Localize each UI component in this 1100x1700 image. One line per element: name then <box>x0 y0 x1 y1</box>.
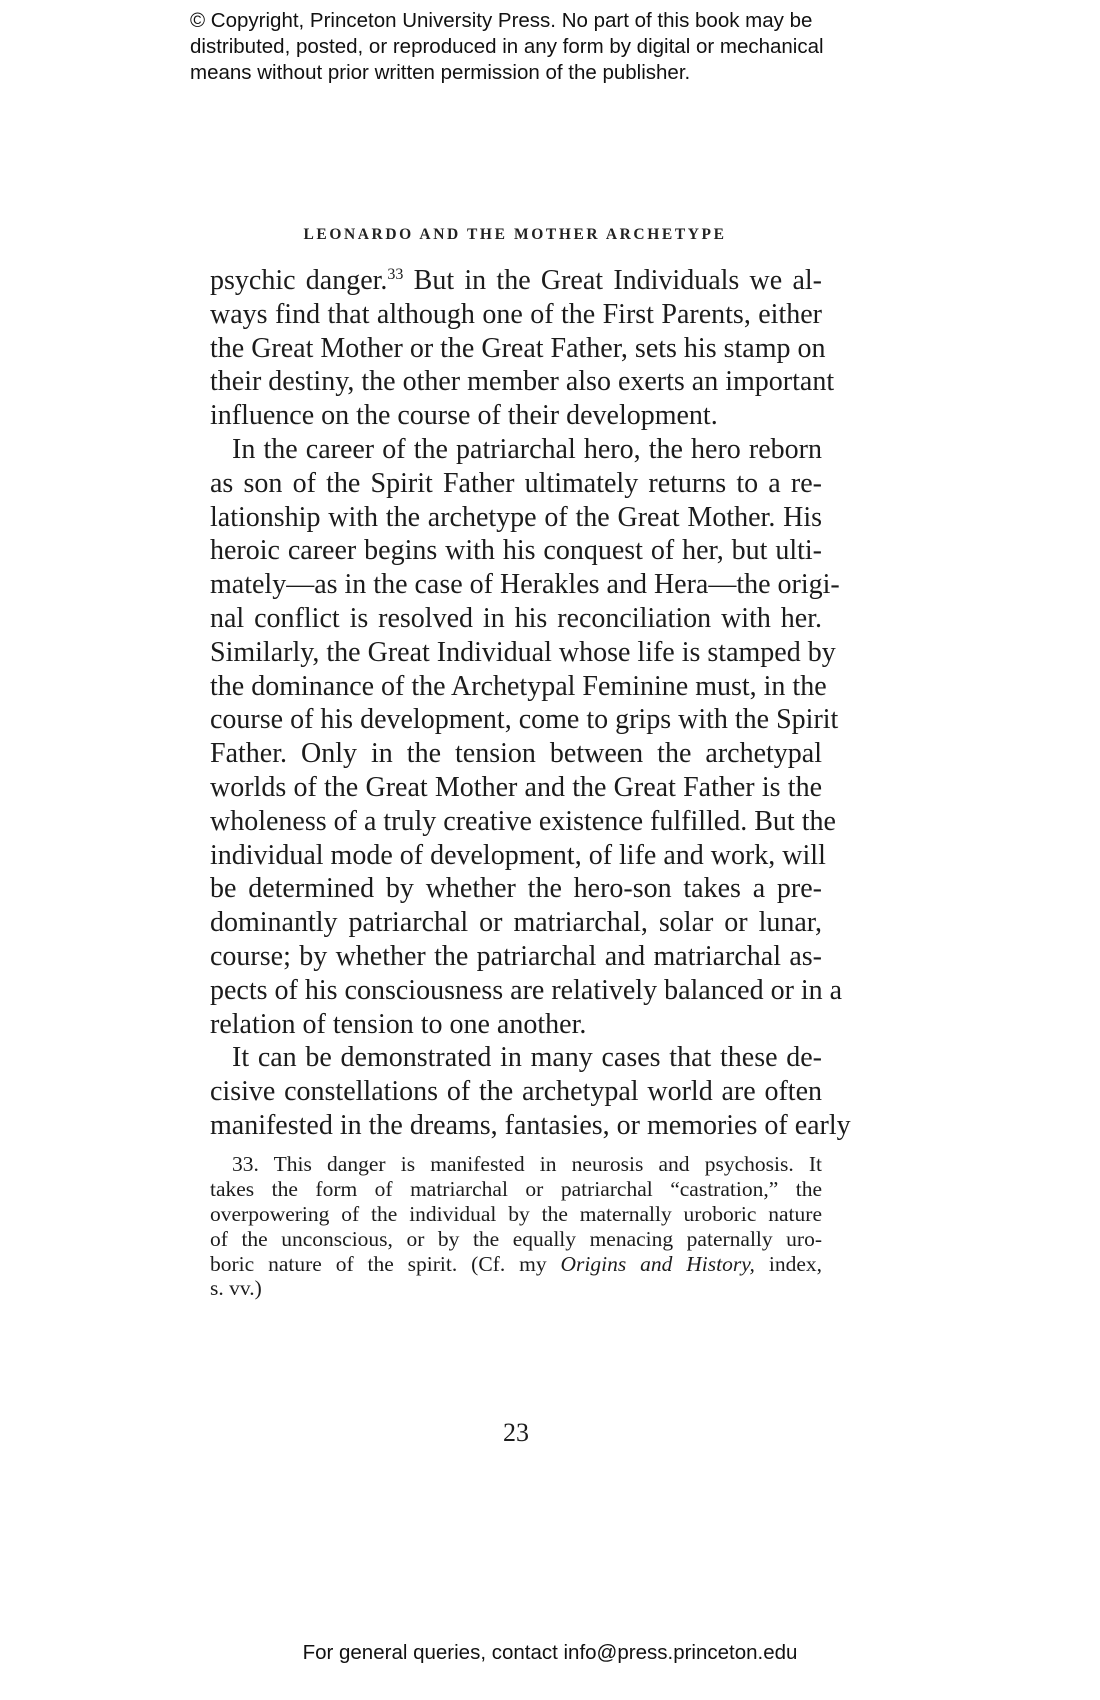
text-line: the Great Mother or the Great Father, se… <box>210 332 822 366</box>
text-fragment: This danger is manifested in neurosis an… <box>259 1152 822 1176</box>
text-line: It can be demonstrated in many cases tha… <box>210 1041 822 1075</box>
text-line: dominantly patriarchal or matriarchal, s… <box>210 906 822 940</box>
text-line: In the career of the patriarchal hero, t… <box>210 433 822 467</box>
text-fragment: psychic danger. <box>210 265 387 296</box>
text-fragment: boric nature of the spirit. (Cf. my <box>210 1252 560 1276</box>
footnote-line: of the unconscious, or by the equally me… <box>210 1227 822 1252</box>
text-line: Father. Only in the tension between the … <box>210 737 822 771</box>
text-line: worlds of the Great Mother and the Great… <box>210 771 822 805</box>
text-line: their destiny, the other member also exe… <box>210 365 822 399</box>
text-line: relation of tension to one another. <box>210 1008 822 1042</box>
text-line: psychic danger.33 But in the Great Indiv… <box>210 264 822 298</box>
text-line: nal conflict is resolved in his reconcil… <box>210 602 822 636</box>
footnote-line: boric nature of the spirit. (Cf. my Orig… <box>210 1252 822 1277</box>
running-head: LEONARDO AND THE MOTHER ARCHETYPE <box>210 226 820 244</box>
text-line: be determined by whether the hero-son ta… <box>210 872 822 906</box>
copyright-line: © Copyright, Princeton University Press.… <box>190 8 890 34</box>
footnote-reference[interactable]: 33 <box>387 266 403 283</box>
text-line: influence on the course of their develop… <box>210 399 822 433</box>
footnote-line: 33. This danger is manifested in neurosi… <box>210 1152 822 1177</box>
footnote-line: overpowering of the individual by the ma… <box>210 1202 822 1227</box>
page-number: 23 <box>210 1418 822 1448</box>
copyright-line: means without prior written permission o… <box>190 60 890 86</box>
text-line: cisive constellations of the archetypal … <box>210 1075 822 1109</box>
text-line: manifested in the dreams, fantasies, or … <box>210 1109 822 1143</box>
contact-notice: For general queries, contact info@press.… <box>0 1641 1100 1665</box>
text-line: pects of his consciousness are relativel… <box>210 974 822 1008</box>
text-line: ways find that although one of the First… <box>210 298 822 332</box>
text-line: course; by whether the patriarchal and m… <box>210 940 822 974</box>
text-line: mately—as in the case of Herakles and He… <box>210 568 822 602</box>
text-line: wholeness of a truly creative existence … <box>210 805 822 839</box>
footnote: 33. This danger is manifested in neurosi… <box>210 1152 822 1301</box>
text-fragment: But in the Great Individuals we al- <box>403 265 822 296</box>
footnote-line: takes the form of matriarchal or patriar… <box>210 1177 822 1202</box>
text-fragment: index, <box>755 1252 822 1276</box>
text-line: the dominance of the Archetypal Feminine… <box>210 670 822 704</box>
text-line: Similarly, the Great Individual whose li… <box>210 636 822 670</box>
footnote-number: 33. <box>232 1152 259 1176</box>
text-line: heroic career begins with his conquest o… <box>210 534 822 568</box>
body-text: psychic danger.33 But in the Great Indiv… <box>210 264 822 1143</box>
text-line: lationship with the archetype of the Gre… <box>210 501 822 535</box>
footnote-line: s. vv.) <box>210 1276 822 1301</box>
copyright-line: distributed, posted, or reproduced in an… <box>190 34 890 60</box>
copyright-notice: © Copyright, Princeton University Press.… <box>190 8 890 86</box>
book-title: Origins and History, <box>560 1252 754 1276</box>
text-line: as son of the Spirit Father ultimately r… <box>210 467 822 501</box>
text-line: course of his development, come to grips… <box>210 703 822 737</box>
text-line: individual mode of development, of life … <box>210 839 822 873</box>
